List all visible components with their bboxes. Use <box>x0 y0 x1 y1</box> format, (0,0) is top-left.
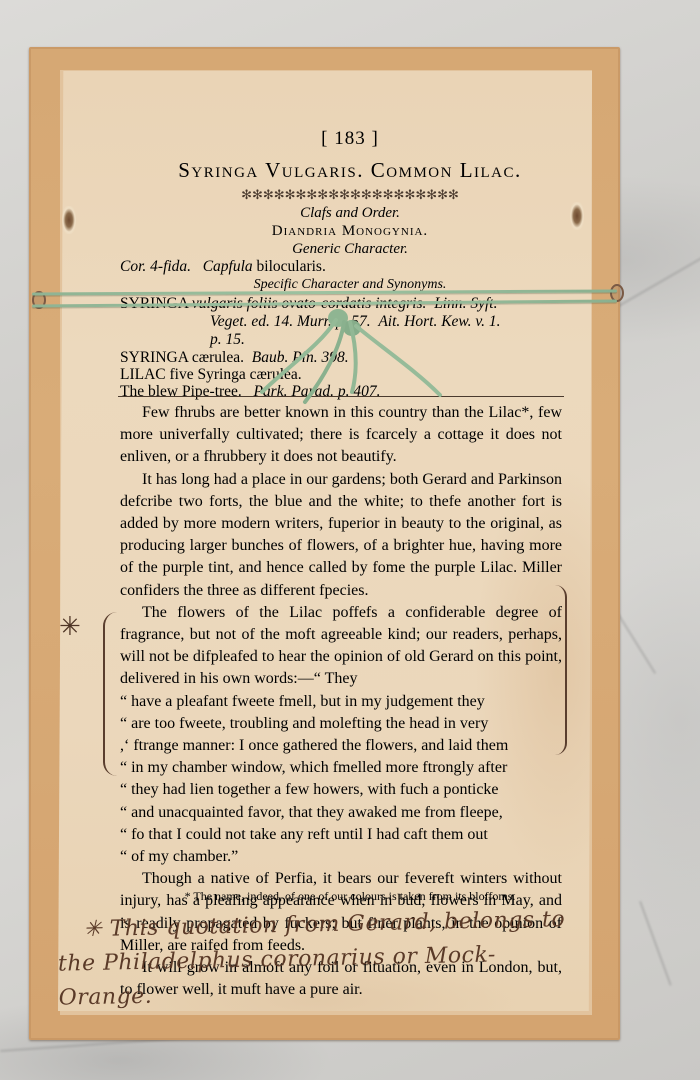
twine-knot-icon <box>0 0 700 1080</box>
